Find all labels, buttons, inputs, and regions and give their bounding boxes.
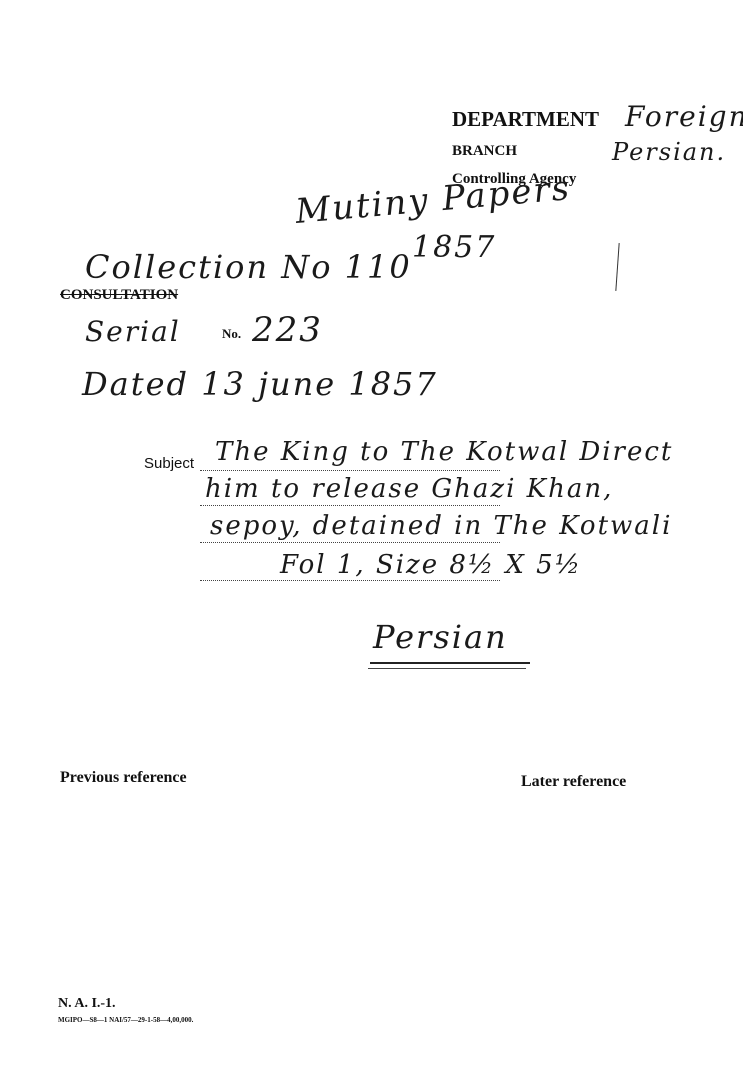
language-value: Persian bbox=[373, 618, 508, 656]
subject-dotted-line bbox=[200, 505, 500, 506]
controlling-agency-year: 1857 bbox=[412, 230, 496, 265]
subject-line: The King to The Kotwal Direct bbox=[215, 437, 673, 467]
branch-label: BRANCH bbox=[452, 143, 517, 160]
subject-label: Subject bbox=[144, 455, 194, 472]
department-value: Foreign bbox=[625, 100, 743, 133]
branch-value: Persian. bbox=[612, 138, 726, 166]
subject-dotted-line bbox=[200, 470, 500, 471]
language-underline bbox=[368, 668, 526, 669]
language-underline bbox=[370, 662, 530, 664]
collection-number: Collection No 110 bbox=[85, 248, 412, 286]
form-code: N. A. I.-1. bbox=[58, 996, 116, 1012]
later-reference-label: Later reference bbox=[521, 773, 626, 791]
consultation-label: CONSULTATION bbox=[60, 287, 178, 304]
previous-reference-label: Previous reference bbox=[60, 769, 187, 787]
subject-dotted-line bbox=[200, 580, 500, 581]
serial-number: 223 bbox=[252, 310, 323, 350]
subject-line: Fol 1, Size 8½ X 5½ bbox=[280, 550, 582, 580]
dated-field: Dated 13 june 1857 bbox=[82, 365, 438, 403]
subject-dotted-line bbox=[200, 542, 500, 543]
print-line: MGIPO—S8—1 NAI/57—29-1-58—4,00,000. bbox=[58, 1016, 193, 1024]
controlling-agency-value: Mutiny Papers bbox=[294, 168, 573, 232]
subject-line: sepoy, detained in The Kotwali bbox=[210, 511, 672, 541]
serial-label: Serial bbox=[85, 315, 181, 348]
department-label: DEPARTMENT bbox=[452, 107, 599, 132]
pen-stroke-divider bbox=[615, 243, 619, 291]
number-label: No. bbox=[222, 326, 241, 342]
subject-line: him to release Ghazi Khan, bbox=[205, 474, 613, 504]
